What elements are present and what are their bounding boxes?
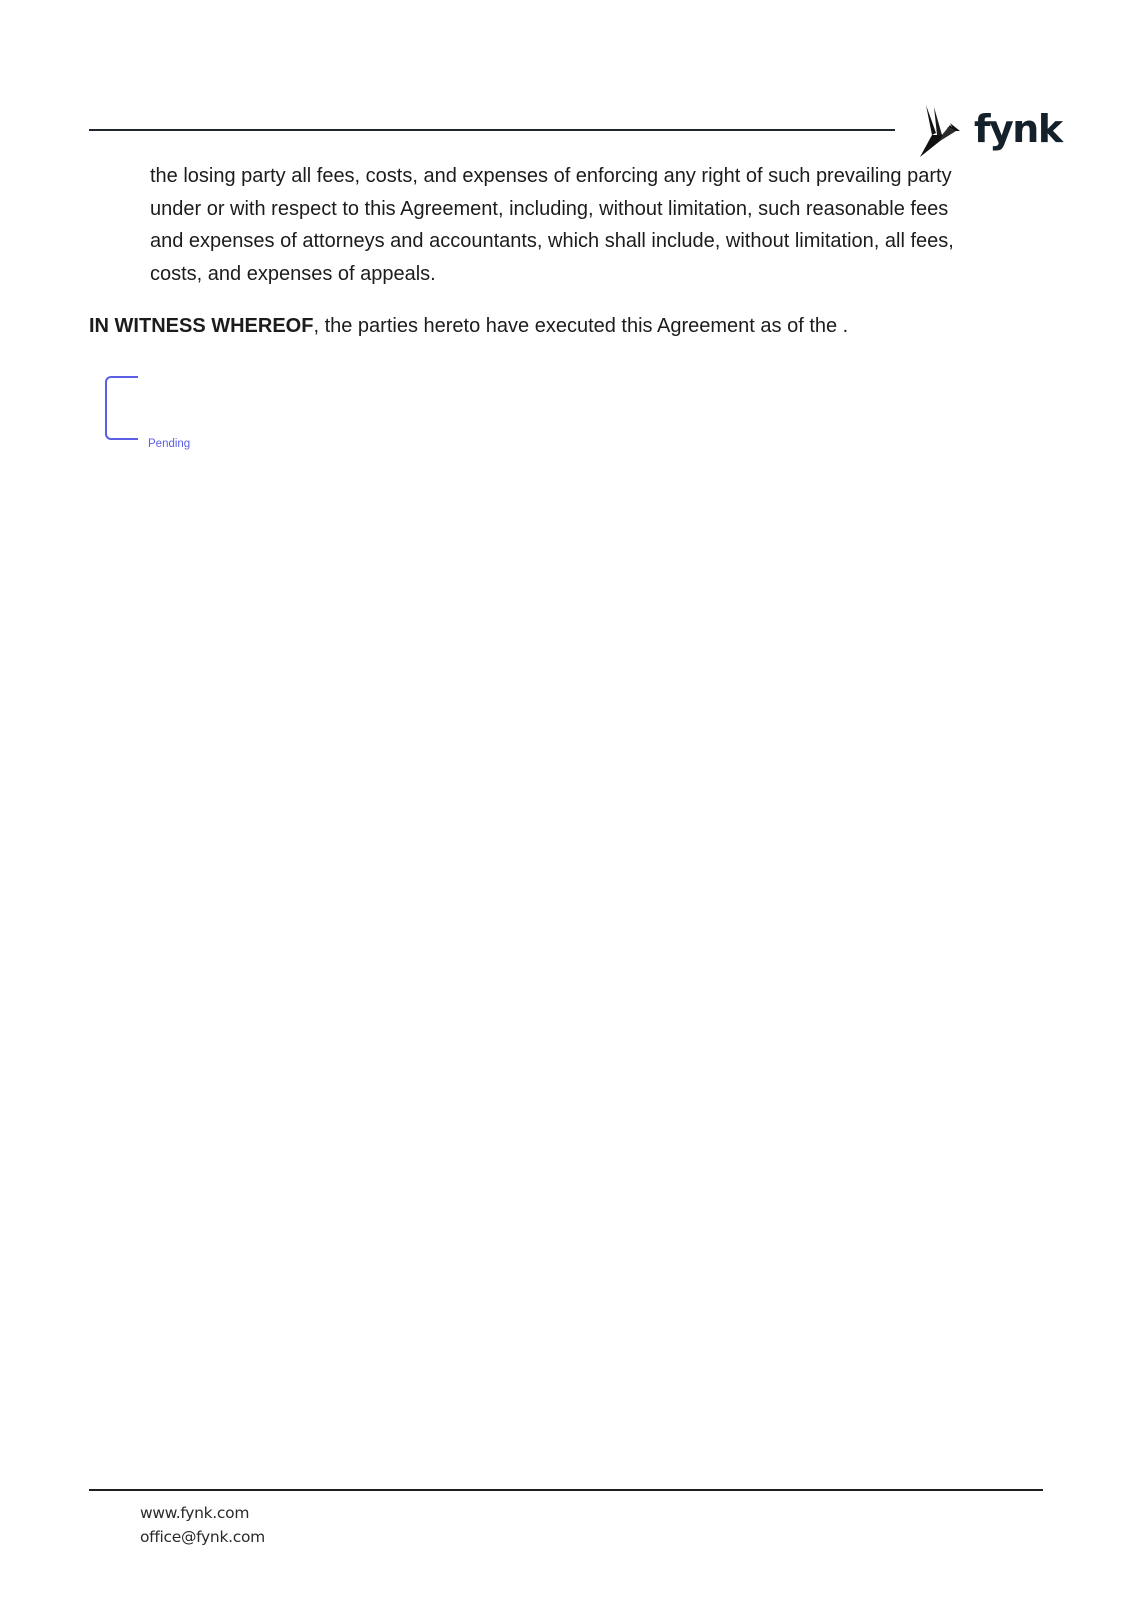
witness-heading: IN WITNESS WHEREOF: [89, 315, 313, 337]
footer-divider: [89, 1489, 1043, 1491]
header-divider: [89, 129, 895, 131]
clause-line: the losing party all fees, costs, and ex…: [150, 160, 1030, 193]
footer-email-link[interactable]: office@fynk.com: [140, 1525, 265, 1549]
fynk-logo: fynk: [920, 104, 1062, 160]
signature-bracket-icon: [105, 376, 138, 440]
clause-line: under or with respect to this Agreement,…: [150, 193, 1030, 226]
agreement-clause: the losing party all fees, costs, and ex…: [150, 160, 1030, 290]
clause-line: and expenses of attorneys and accountant…: [150, 225, 1030, 258]
logo-wordmark: fynk: [974, 110, 1062, 148]
bird-icon: [920, 105, 968, 159]
footer-contact: www.fynk.com office@fynk.com: [140, 1501, 265, 1549]
signature-field[interactable]: Pending: [105, 376, 225, 456]
clause-line: costs, and expenses of appeals.: [150, 258, 1030, 291]
witness-text: , the parties hereto have executed this …: [313, 315, 848, 337]
signature-status: Pending: [148, 438, 190, 450]
footer-website-link[interactable]: www.fynk.com: [140, 1501, 265, 1525]
witness-statement: IN WITNESS WHEREOF, the parties hereto h…: [89, 312, 1049, 340]
